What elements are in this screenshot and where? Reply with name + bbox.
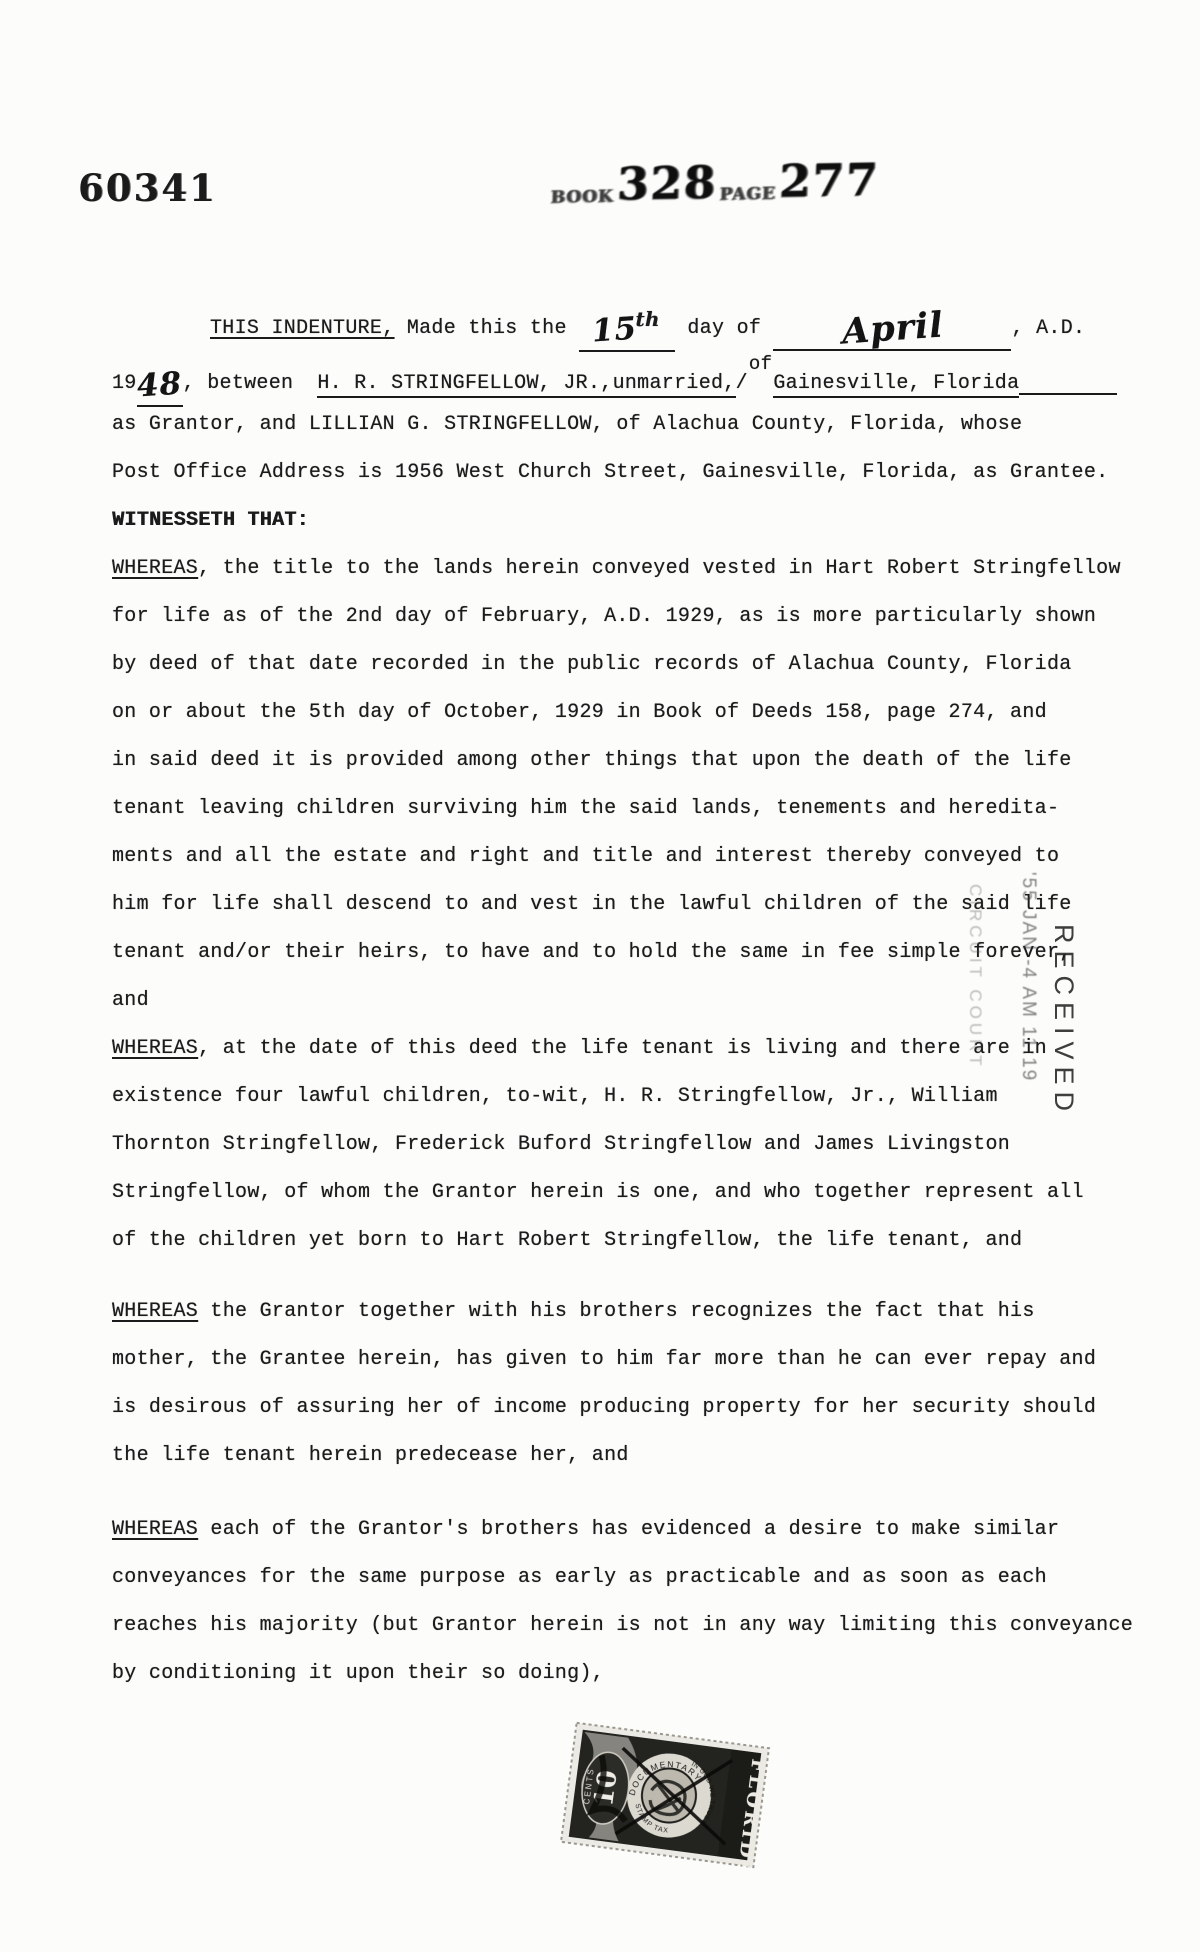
body-line: reaches his majority (but Grantor herein…	[112, 1602, 1142, 1650]
body-line: for life as of the 2nd day of February, …	[112, 593, 1142, 641]
body-line: by deed of that date recorded in the pub…	[112, 641, 1142, 689]
place-underline-extension	[1019, 353, 1117, 395]
body-line: conveyances for the same purpose as earl…	[112, 1554, 1142, 1602]
body-line: WHEREAS each of the Grantor's brothers h…	[112, 1506, 1142, 1554]
body-line: ments and all the estate and right and t…	[112, 833, 1142, 881]
body-line: him for life shall descend to and vest i…	[112, 881, 1142, 929]
body-line: and	[112, 977, 1142, 1025]
document-page: 60341 BOOK328PAGE277 THIS INDENTURE, Mad…	[0, 0, 1200, 1952]
whereas-keyword: WHEREAS	[112, 1518, 198, 1541]
body-line: on or about the 5th day of October, 1929…	[112, 689, 1142, 737]
handwritten-day: 15	[591, 308, 639, 351]
book-page-stamp: BOOK328PAGE277	[547, 153, 880, 212]
whereas-keyword: WHEREAS	[112, 557, 198, 580]
body-line: existence four lawful children, to-wit, …	[112, 1073, 1142, 1121]
between-text: , between	[183, 372, 294, 395]
filing-number: 60341	[78, 166, 217, 210]
whereas-keyword: WHEREAS	[112, 1300, 198, 1323]
book-number: 328	[616, 156, 718, 211]
body-line: tenant leaving children surviving him th…	[112, 785, 1142, 833]
opening-line-4: Post Office Address is 1956 West Church …	[112, 449, 1142, 497]
body-line: of the children yet born to Hart Robert …	[112, 1217, 1142, 1265]
paragraph: WHEREAS, at the date of this deed the li…	[112, 1025, 1142, 1265]
florida-documentary-stamp: DOCUMENTARY STAMP TAX IN GOD WE TRUST 10…	[560, 1722, 770, 1869]
witnesseth-heading: WITNESSETH THAT:	[112, 497, 1142, 545]
paragraphs: WHEREAS, the title to the lands herein c…	[112, 545, 1142, 1698]
paragraph: WHEREAS, the title to the lands herein c…	[112, 545, 1142, 1025]
ad-text: , A.D.	[1011, 317, 1085, 340]
stamp-graphic: DOCUMENTARY STAMP TAX IN GOD WE TRUST 10…	[560, 1722, 770, 1869]
grantor-name: H. R. STRINGFELLOW, JR.,unmarried,	[317, 372, 735, 398]
year-blank: 48	[137, 365, 183, 407]
handwritten-month: April	[840, 306, 944, 353]
opening-line-1: THIS INDENTURE, Made this the 15th day o…	[112, 305, 1142, 353]
body-line: WHEREAS the Grantor together with his br…	[112, 1288, 1142, 1336]
paragraph: WHEREAS each of the Grantor's brothers h…	[112, 1506, 1142, 1698]
book-label: BOOK	[550, 187, 614, 208]
day-blank: 15th	[579, 310, 675, 352]
whereas-keyword: WHEREAS	[112, 1037, 198, 1060]
body-line: WHEREAS, at the date of this deed the li…	[112, 1025, 1142, 1073]
opening-line-1-text: Made this the	[395, 317, 580, 340]
day-of-text: day of	[675, 317, 773, 340]
document-body: THIS INDENTURE, Made this the 15th day o…	[112, 305, 1142, 1698]
body-line: Thornton Stringfellow, Frederick Buford …	[112, 1121, 1142, 1169]
caret-slash: /	[736, 372, 748, 395]
body-line: is desirous of assuring her of income pr…	[112, 1384, 1142, 1432]
body-line: Stringfellow, of whom the Grantor herein…	[112, 1169, 1142, 1217]
inserted-of: of	[749, 353, 772, 375]
opening-line-2: 1948, betweenH. R. STRINGFELLOW, JR.,unm…	[112, 353, 1142, 401]
opening-line-3: as Grantor, and LILLIAN G. STRINGFELLOW,…	[112, 401, 1142, 449]
received-stamp-label: RECEIVED	[1048, 924, 1079, 1118]
handwritten-day-suffix: th	[635, 307, 659, 331]
indenture-title: THIS INDENTURE,	[210, 317, 395, 340]
month-blank: April	[773, 309, 1011, 351]
grantor-place: Gainesville, Florida	[773, 372, 1019, 398]
body-line: by conditioning it upon their so doing),	[112, 1650, 1142, 1698]
body-line: the life tenant herein predecease her, a…	[112, 1432, 1142, 1480]
received-stamp-datetime: '55 JAN -4 AM 11:19	[1017, 872, 1039, 1082]
handwritten-year: 48	[136, 363, 184, 406]
year-prefix: 19	[112, 372, 137, 395]
body-line: WHEREAS, the title to the lands herein c…	[112, 545, 1142, 593]
received-stamp-court: CIRCUIT COURT	[965, 884, 985, 1070]
paragraph: WHEREAS the Grantor together with his br…	[112, 1288, 1142, 1480]
body-line: tenant and/or their heirs, to have and t…	[112, 929, 1142, 977]
body-line: in said deed it is provided among other …	[112, 737, 1142, 785]
page-number: 277	[778, 153, 880, 208]
page-label: PAGE	[719, 184, 776, 205]
body-line: mother, the Grantee herein, has given to…	[112, 1336, 1142, 1384]
